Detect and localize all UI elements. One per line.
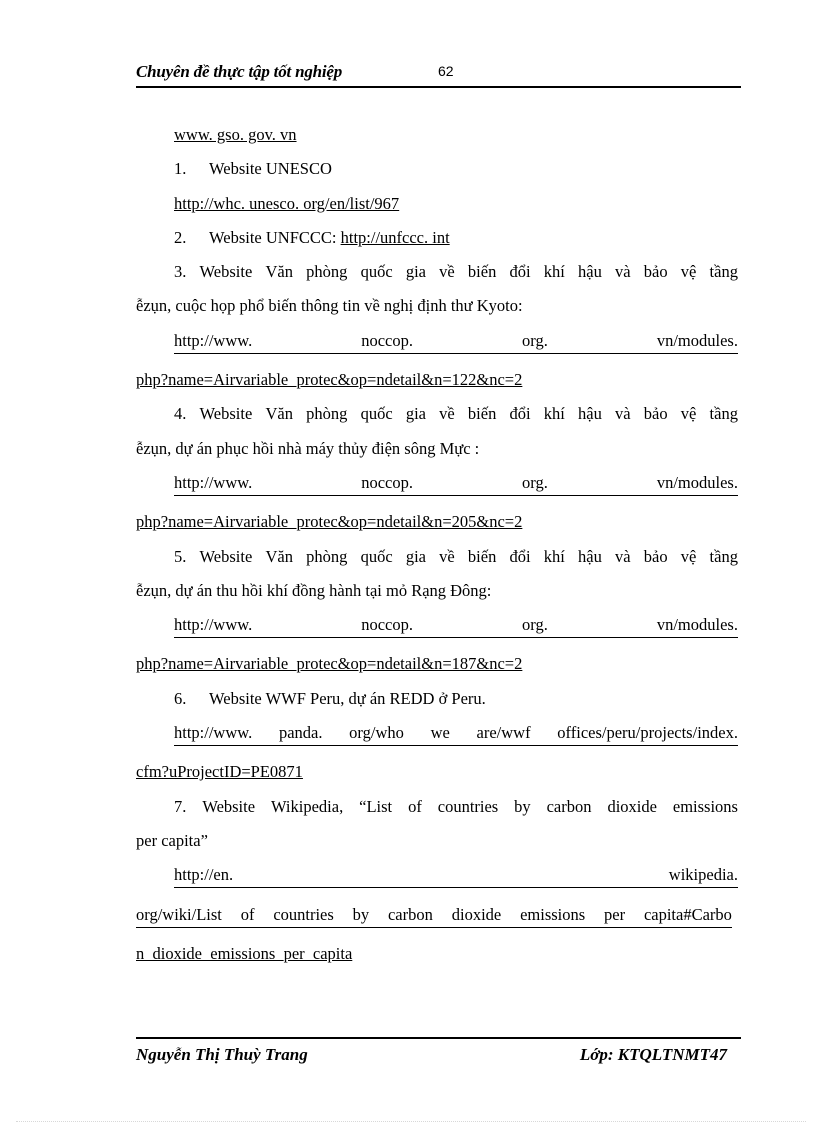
- unfccc-link[interactable]: http://unfccc. int: [341, 228, 450, 247]
- word: Wikipedia,: [271, 790, 343, 824]
- word: Văn: [265, 255, 293, 289]
- link-segment[interactable]: http://en.: [174, 863, 233, 887]
- word: vệ: [681, 255, 697, 289]
- word: và: [615, 255, 631, 289]
- link-segment[interactable]: org/who: [349, 721, 404, 745]
- wikipedia-link-part-1[interactable]: http://en. wikipedia.: [174, 863, 738, 888]
- document-page: Chuyên đề thực tập tốt nghiệp 62 www. gs…: [0, 0, 816, 1123]
- word: gia: [406, 540, 426, 574]
- link-segment[interactable]: org.: [522, 613, 548, 637]
- reference-7-link-line-2: org/wiki/List of countries by carbon dio…: [136, 903, 738, 937]
- page-footer: Nguyễn Thị Thuỳ Trang Lớp: KTQLTNMT47: [136, 1037, 741, 1069]
- word: gia: [406, 397, 426, 431]
- word: dioxide: [607, 790, 657, 824]
- link-segment[interactable]: carbon: [388, 903, 433, 927]
- word: về: [439, 255, 455, 289]
- word: quốc: [361, 255, 393, 289]
- word: countries: [438, 790, 498, 824]
- reference-number: 6.: [174, 682, 209, 716]
- word: đổi: [510, 397, 531, 431]
- word: về: [439, 540, 455, 574]
- wikipedia-link-part-3[interactable]: n_dioxide_emissions_per_capita: [136, 944, 352, 963]
- link-segment[interactable]: countries: [273, 903, 333, 927]
- word: Văn: [265, 540, 293, 574]
- reference-7-link-line-3: n_dioxide_emissions_per_capita: [136, 937, 738, 971]
- page-header: Chuyên đề thực tập tốt nghiệp 62: [136, 60, 741, 88]
- reference-1-link-line: http://whc. unesco. org/en/list/967: [136, 187, 738, 221]
- header-title: Chuyên đề thực tập tốt nghiệp: [136, 62, 342, 82]
- word: vệ: [681, 397, 697, 431]
- word: phòng: [306, 540, 347, 574]
- noccop-link-122-part-1[interactable]: http://www. noccop. org. vn/modules.: [174, 329, 738, 354]
- link-segment[interactable]: vn/modules.: [657, 613, 738, 637]
- reference-3-line-2: ễzụn, cuộc họp phổ biến thông tin về ngh…: [136, 289, 738, 323]
- reference-3-link-line-2: php?name=Airvariable_protec&op=ndetail&n…: [136, 363, 738, 397]
- reference-7-link-line-1: http://en. wikipedia.: [136, 863, 738, 897]
- reference-number: 7.: [174, 790, 186, 824]
- link-segment[interactable]: we: [431, 721, 450, 745]
- word: hậu: [578, 255, 602, 289]
- reference-4-line-1: 4. Website Văn phòng quốc gia về biến đổ…: [136, 397, 738, 431]
- reference-5-line-1: 5. Website Văn phòng quốc gia về biến đổ…: [136, 540, 738, 574]
- word: hậu: [578, 540, 602, 574]
- link-segment[interactable]: noccop.: [361, 329, 413, 353]
- word: of: [408, 790, 422, 824]
- word: đổi: [510, 540, 531, 574]
- panda-link-part-2[interactable]: cfm?uProjectID=PE0871: [136, 762, 303, 781]
- link-segment[interactable]: noccop.: [361, 613, 413, 637]
- word: Website: [202, 790, 255, 824]
- noccop-link-187-part-2[interactable]: php?name=Airvariable_protec&op=ndetail&n…: [136, 654, 522, 673]
- reference-4-link-line-1: http://www. noccop. org. vn/modules.: [136, 471, 738, 505]
- reference-3-line-1: 3. Website Văn phòng quốc gia về biến đổ…: [136, 255, 738, 289]
- link-segment[interactable]: by: [353, 903, 370, 927]
- word: “List: [359, 790, 392, 824]
- link-segment[interactable]: vn/modules.: [657, 471, 738, 495]
- reference-6-link-line-2: cfm?uProjectID=PE0871: [136, 755, 738, 789]
- link-segment[interactable]: offices/peru/projects/index.: [557, 721, 738, 745]
- word: emissions: [673, 790, 738, 824]
- noccop-link-205-part-1[interactable]: http://www. noccop. org. vn/modules.: [174, 471, 738, 496]
- noccop-link-122-part-2[interactable]: php?name=Airvariable_protec&op=ndetail&n…: [136, 370, 522, 389]
- reference-number: 5.: [174, 540, 186, 574]
- word: Website: [200, 540, 253, 574]
- word: Website: [200, 397, 253, 431]
- unesco-link[interactable]: http://whc. unesco. org/en/list/967: [174, 194, 399, 213]
- reference-number: 4.: [174, 397, 186, 431]
- link-segment[interactable]: are/wwf: [477, 721, 531, 745]
- link-segment[interactable]: dioxide: [452, 903, 502, 927]
- word: khí: [544, 397, 565, 431]
- intro-line: www. gso. gov. vn: [136, 118, 738, 152]
- word: khí: [544, 540, 565, 574]
- reference-2: 2.Website UNFCCC: http://unfccc. int: [136, 221, 738, 255]
- link-segment[interactable]: org/wiki/List: [136, 903, 222, 927]
- author-name: Nguyễn Thị Thuỳ Trang: [136, 1045, 308, 1065]
- reference-4-link-line-2: php?name=Airvariable_protec&op=ndetail&n…: [136, 505, 738, 539]
- link-segment[interactable]: http://www.: [174, 721, 252, 745]
- word: khí: [544, 255, 565, 289]
- link-segment[interactable]: emissions: [520, 903, 585, 927]
- word: quốc: [361, 397, 393, 431]
- reference-7-line-1: 7. Website Wikipedia, “List of countries…: [136, 790, 738, 824]
- reference-6-link-line-1: http://www. panda. org/who we are/wwf of…: [136, 721, 738, 755]
- word: tầng: [710, 540, 738, 574]
- word: về: [439, 397, 455, 431]
- references-list: www. gso. gov. vn 1.Website UNESCO http:…: [136, 118, 738, 971]
- word: carbon: [547, 790, 592, 824]
- panda-link-part-1[interactable]: http://www. panda. org/who we are/wwf of…: [174, 721, 738, 746]
- reference-3-link-line-1: http://www. noccop. org. vn/modules.: [136, 329, 738, 363]
- link-segment[interactable]: per: [604, 903, 625, 927]
- gso-link[interactable]: www. gso. gov. vn: [174, 125, 297, 144]
- word: biến: [468, 255, 496, 289]
- word: gia: [406, 255, 426, 289]
- reference-1: 1.Website UNESCO: [136, 152, 738, 186]
- word: phòng: [306, 397, 347, 431]
- word: quốc: [361, 540, 393, 574]
- page-number: 62: [438, 63, 454, 79]
- word: biến: [468, 397, 496, 431]
- word: Website: [200, 255, 253, 289]
- class-label: Lớp: KTQLTNMT47: [580, 1045, 727, 1065]
- word: Văn: [265, 397, 293, 431]
- word: biến: [468, 540, 496, 574]
- word: đổi: [510, 255, 531, 289]
- link-segment[interactable]: http://www.: [174, 329, 252, 353]
- noccop-link-187-part-1[interactable]: http://www. noccop. org. vn/modules.: [174, 613, 738, 638]
- word: tầng: [710, 397, 738, 431]
- word: vệ: [681, 540, 697, 574]
- reference-number: 1.: [174, 152, 209, 186]
- reference-5-link-line-2: php?name=Airvariable_protec&op=ndetail&n…: [136, 647, 738, 681]
- reference-5-line-2: ễzụn, dự án thu hồi khí đồng hành tại mỏ…: [136, 574, 738, 608]
- reference-text: Website WWF Peru, dự án REDD ở Peru.: [209, 689, 486, 708]
- word: bảo: [644, 255, 668, 289]
- link-segment[interactable]: http://www.: [174, 471, 252, 495]
- link-segment[interactable]: wikipedia.: [669, 863, 738, 887]
- word: bảo: [644, 397, 668, 431]
- link-segment[interactable]: vn/modules.: [657, 329, 738, 353]
- reference-number: 3.: [174, 255, 186, 289]
- link-segment[interactable]: capita#Carbo: [644, 903, 732, 927]
- link-segment[interactable]: org.: [522, 471, 548, 495]
- word: và: [615, 540, 631, 574]
- reference-5-link-line-1: http://www. noccop. org. vn/modules.: [136, 613, 738, 647]
- reference-7-line-2: per capita”: [136, 824, 738, 858]
- noccop-link-205-part-2[interactable]: php?name=Airvariable_protec&op=ndetail&n…: [136, 512, 522, 531]
- word: by: [514, 790, 531, 824]
- word: tầng: [710, 255, 738, 289]
- word: và: [615, 397, 631, 431]
- link-segment[interactable]: org.: [522, 329, 548, 353]
- word: bảo: [644, 540, 668, 574]
- reference-number: 2.: [174, 221, 209, 255]
- link-segment[interactable]: panda.: [279, 721, 323, 745]
- reference-6: 6.Website WWF Peru, dự án REDD ở Peru.: [136, 682, 738, 716]
- reference-4-line-2: ễzụn, dự án phục hồi nhà máy thủy điện s…: [136, 432, 738, 466]
- word: phòng: [306, 255, 347, 289]
- reference-text: Website UNFCCC:: [209, 228, 341, 247]
- wikipedia-link-part-2[interactable]: org/wiki/List of countries by carbon dio…: [136, 903, 732, 928]
- reference-text: Website UNESCO: [209, 159, 332, 178]
- link-segment[interactable]: http://www.: [174, 613, 252, 637]
- link-segment[interactable]: noccop.: [361, 471, 413, 495]
- word: hậu: [578, 397, 602, 431]
- link-segment[interactable]: of: [241, 903, 255, 927]
